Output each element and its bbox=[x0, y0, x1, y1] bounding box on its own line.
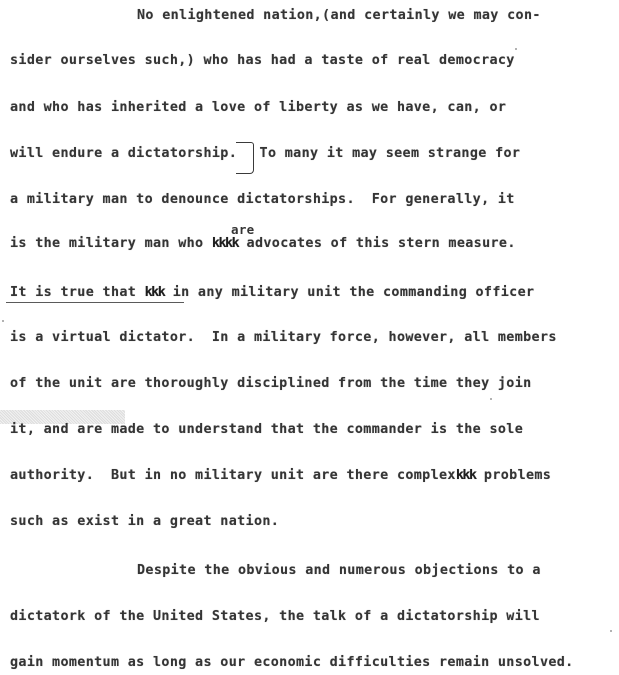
handwritten-bracket-mark bbox=[236, 142, 254, 174]
text-line-7: It is true that kkk in any military unit… bbox=[10, 285, 534, 301]
paper-speck bbox=[2, 320, 4, 322]
text-line-6: is the military man who kkkk advocates o… bbox=[10, 236, 516, 252]
text-line-11: authority. But in no military unit are t… bbox=[10, 468, 551, 484]
text-line-11-start: authority. But in no military unit are t… bbox=[10, 468, 456, 483]
text-line-7-start: It is true that bbox=[10, 285, 145, 300]
text-line-3: and who has inherited a love of liberty … bbox=[10, 100, 506, 116]
paper-speck bbox=[515, 48, 517, 50]
struck-out-text: kkk bbox=[145, 285, 165, 300]
text-line-13: Despite the obvious and numerous objecti… bbox=[137, 563, 541, 579]
struck-out-text: kkkk bbox=[212, 236, 238, 251]
text-line-12: such as exist in a great nation. bbox=[10, 514, 279, 530]
text-line-5: a military man to denounce dictatorships… bbox=[10, 192, 515, 208]
text-line-9: of the unit are thoroughly disciplined f… bbox=[10, 376, 532, 392]
text-line-10: it, and are made to understand that the … bbox=[10, 422, 523, 438]
typewritten-page: No enlightened nation,(and certainly we … bbox=[0, 0, 619, 675]
text-line-14: dictatork of the United States, the talk… bbox=[10, 609, 540, 625]
struck-out-text: kkk bbox=[456, 468, 476, 483]
text-line-7-end: in any military unit the commanding offi… bbox=[164, 285, 534, 300]
text-line-6-start: is the military man who bbox=[10, 236, 212, 251]
text-line-1: No enlightened nation,(and certainly we … bbox=[137, 8, 541, 24]
typed-insertion-are: are bbox=[231, 222, 254, 237]
text-line-15: gain momentum as long as our economic di… bbox=[10, 655, 574, 671]
text-line-8: is a virtual dictator. In a military for… bbox=[10, 330, 557, 346]
text-line-2: sider ourselves such,) who has had a tas… bbox=[10, 53, 515, 69]
text-line-11-end: problems bbox=[476, 468, 552, 483]
text-line-6-end: advocates of this stern measure. bbox=[238, 236, 516, 251]
text-line-4-end: To many it may seem strange for bbox=[251, 146, 520, 161]
paper-speck bbox=[610, 630, 612, 632]
text-line-4: will endure a dictatorship. To many it m… bbox=[10, 146, 520, 162]
pencil-underline bbox=[6, 302, 184, 303]
paper-speck bbox=[490, 398, 492, 400]
text-line-4-start: will endure a dictatorship. bbox=[10, 146, 237, 161]
